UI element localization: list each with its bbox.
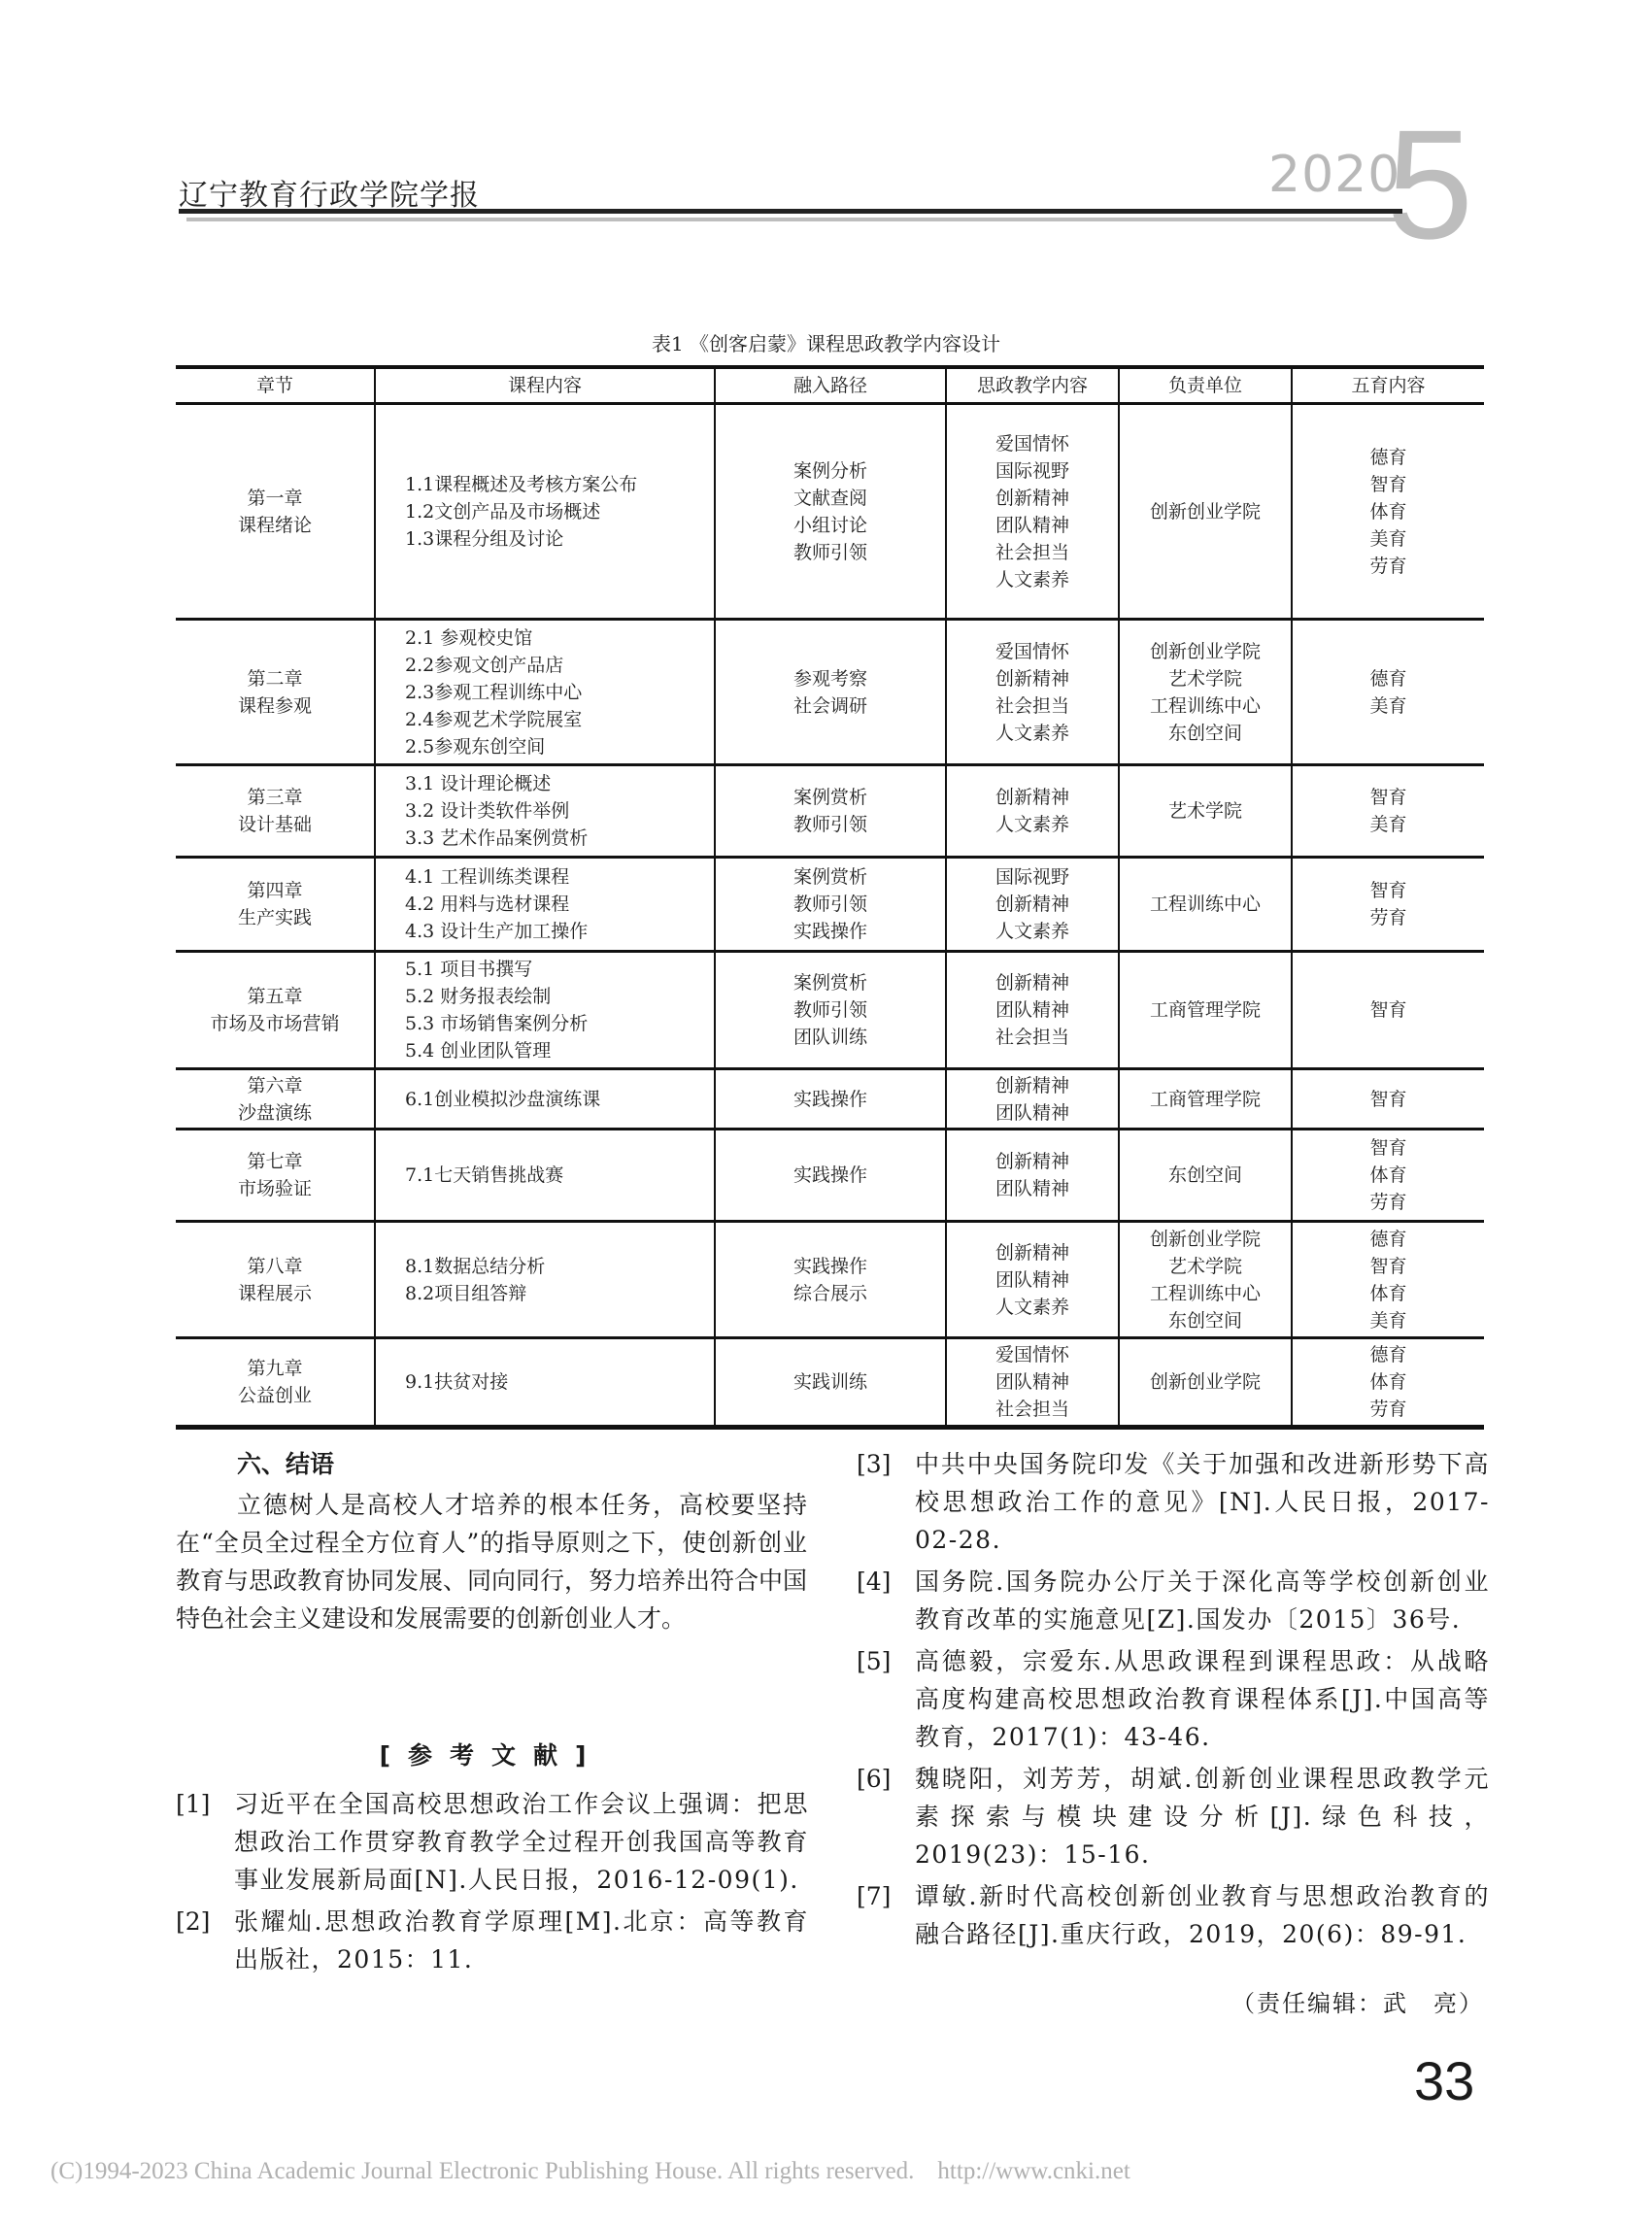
cell-line: 实践训练 <box>716 1368 945 1396</box>
cell-line: 东创空间 <box>1120 720 1291 747</box>
cell-line: 爱国情怀 <box>947 430 1118 457</box>
cell-line: 1.1课程概述及考核方案公布 <box>376 471 714 498</box>
cell-line: 创新精神 <box>947 1239 1118 1266</box>
five-education-cell: 智育 <box>1292 952 1484 1069</box>
copyright-footer: (C)1994-2023 China Academic Journal Elec… <box>51 2158 1130 2185</box>
cell-line: 创新创业学院 <box>1120 1368 1291 1396</box>
cell-line: 劳育 <box>1293 1189 1484 1216</box>
cell-line: 体育 <box>1293 1280 1484 1307</box>
responsible-unit-cell: 工商管理学院 <box>1119 1069 1292 1130</box>
cell-line: 美育 <box>1293 811 1484 838</box>
integration-path-cell: 实践操作综合展示 <box>715 1222 946 1338</box>
integration-path-cell: 案例赏析教师引领团队训练 <box>715 952 946 1069</box>
cell-line: 美育 <box>1293 1307 1484 1334</box>
chapter-cell: 第九章公益创业 <box>176 1338 375 1428</box>
responsible-unit-cell: 工程训练中心 <box>1119 858 1292 952</box>
integration-path-cell: 案例分析文献查阅小组讨论教师引领 <box>715 404 946 620</box>
chapter-cell: 第八章课程展示 <box>176 1222 375 1338</box>
cell-line: 2.4参观艺术学院展室 <box>376 706 714 733</box>
cell-line: 人文素养 <box>947 1294 1118 1321</box>
cell-line: 2.1 参观校史馆 <box>376 624 714 652</box>
cell-line: 创新精神 <box>947 665 1118 692</box>
responsible-unit-cell: 创新创业学院艺术学院工程训练中心东创空间 <box>1119 1222 1292 1338</box>
reference-text: 中共中央国务院印发《关于加强和改进新形势下高校思想政治工作的意见》[N].人民日… <box>915 1450 1490 1554</box>
integration-path-cell: 参观考察社会调研 <box>715 620 946 765</box>
cell-line: 5.3 市场销售案例分析 <box>376 1010 714 1037</box>
cell-line: 第二章 <box>176 665 374 692</box>
five-education-cell: 智育美育 <box>1292 765 1484 858</box>
five-education-cell: 智育体育劳育 <box>1292 1130 1484 1222</box>
cell-line: 3.1 设计理论概述 <box>376 770 714 797</box>
cell-line: 智育 <box>1293 877 1484 904</box>
cell-line: 5.2 财务报表绘制 <box>376 983 714 1010</box>
header-rule-gray <box>186 218 1402 221</box>
cell-line: 社会担当 <box>947 539 1118 566</box>
cell-line: 实践操作 <box>716 1086 945 1113</box>
table-row: 第八章课程展示8.1数据总结分析8.2项目组答辩实践操作综合展示创新精神团队精神… <box>176 1222 1484 1338</box>
table-row: 第七章市场验证7.1七天销售挑战赛实践操作创新精神团队精神东创空间智育体育劳育 <box>176 1130 1484 1222</box>
cell-line: 智育 <box>1293 471 1484 498</box>
five-education-cell: 智育劳育 <box>1292 858 1484 952</box>
reference-item: [3] 中共中央国务院印发《关于加强和改进新形势下高校思想政治工作的意见》[N]… <box>857 1445 1490 1559</box>
cell-line: 创新精神 <box>947 969 1118 996</box>
reference-text: 高德毅，宗爱东.从思政课程到课程思政：从战略高度构建高校思想政治教育课程体系[J… <box>915 1647 1490 1751</box>
cell-line: 德育 <box>1293 444 1484 471</box>
cell-line: 国际视野 <box>947 863 1118 891</box>
ideology-content-cell: 爱国情怀团队精神社会担当 <box>946 1338 1119 1428</box>
five-education-cell: 德育智育体育美育 <box>1292 1222 1484 1338</box>
ideology-content-cell: 爱国情怀国际视野创新精神团队精神社会担当人文素养 <box>946 404 1119 620</box>
table-row: 第四章生产实践4.1 工程训练类课程4.2 用料与选材课程4.3 设计生产加工操… <box>176 858 1484 952</box>
reference-number: [1] <box>176 1785 210 1823</box>
table-row: 第一章课程绪论1.1课程概述及考核方案公布1.2文创产品及市场概述1.3课程分组… <box>176 404 1484 620</box>
integration-path-cell: 实践训练 <box>715 1338 946 1428</box>
cell-line: 第四章 <box>176 877 374 904</box>
cell-line: 7.1七天销售挑战赛 <box>376 1162 714 1189</box>
reference-number: [6] <box>857 1760 891 1798</box>
chapter-cell: 第五章市场及市场营销 <box>176 952 375 1069</box>
cell-line: 团队精神 <box>947 1368 1118 1396</box>
cell-line: 智育 <box>1293 996 1484 1024</box>
cell-line: 5.1 项目书撰写 <box>376 956 714 983</box>
cell-line: 智育 <box>1293 1086 1484 1113</box>
reference-text: 国务院.国务院办公厅关于深化高等学校创新创业教育改革的实施意见[Z].国发办〔2… <box>915 1568 1490 1634</box>
cell-line: 社会担当 <box>947 1024 1118 1051</box>
cell-line: 第九章 <box>176 1355 374 1382</box>
cell-line: 教师引领 <box>716 891 945 918</box>
reference-number: [3] <box>857 1445 891 1483</box>
section-heading: 六、结语 <box>237 1445 334 1483</box>
cell-line: 工程训练中心 <box>1120 692 1291 720</box>
cell-line: 8.2项目组答辩 <box>376 1280 714 1307</box>
cell-line: 教师引领 <box>716 811 945 838</box>
reference-item: [5] 高德毅，宗爱东.从思政课程到课程思政：从战略高度构建高校思想政治教育课程… <box>857 1642 1490 1756</box>
five-education-cell: 德育美育 <box>1292 620 1484 765</box>
cell-line: 公益创业 <box>176 1382 374 1409</box>
course-content-cell: 5.1 项目书撰写5.2 财务报表绘制5.3 市场销售案例分析5.4 创业团队管… <box>375 952 715 1069</box>
cell-line: 美育 <box>1293 525 1484 553</box>
cell-line: 德育 <box>1293 1226 1484 1253</box>
cell-line: 2.2参观文创产品店 <box>376 652 714 679</box>
cell-line: 第七章 <box>176 1148 374 1175</box>
cell-line: 文献查阅 <box>716 485 945 512</box>
cell-line: 第八章 <box>176 1253 374 1280</box>
cell-line: 人文素养 <box>947 811 1118 838</box>
responsible-editor: （责任编辑：武 亮） <box>1231 1984 1484 2018</box>
cell-line: 体育 <box>1293 1162 1484 1189</box>
cell-line: 4.1 工程训练类课程 <box>376 863 714 891</box>
cell-line: 3.3 艺术作品案例赏析 <box>376 825 714 852</box>
cell-line: 5.4 创业团队管理 <box>376 1037 714 1064</box>
cell-line: 实践操作 <box>716 918 945 945</box>
cell-line: 美育 <box>1293 692 1484 720</box>
cell-line: 第六章 <box>176 1072 374 1099</box>
course-content-cell: 7.1七天销售挑战赛 <box>375 1130 715 1222</box>
column-header: 章节 <box>176 367 375 404</box>
cell-line: 劳育 <box>1293 553 1484 580</box>
cell-line: 沙盘演练 <box>176 1099 374 1127</box>
five-education-cell: 德育体育劳育 <box>1292 1338 1484 1428</box>
column-header: 课程内容 <box>375 367 715 404</box>
conclusion-paragraph: 立德树人是高校人才培养的根本任务，高校要坚持在“全员全过程全方位育人”的指导原则… <box>176 1486 807 1637</box>
cell-line: 工程训练中心 <box>1120 891 1291 918</box>
course-content-cell: 6.1创业模拟沙盘演练课 <box>375 1069 715 1130</box>
table-row: 第六章沙盘演练6.1创业模拟沙盘演练课实践操作创新精神团队精神工商管理学院智育 <box>176 1069 1484 1130</box>
ideology-content-cell: 创新精神团队精神人文素养 <box>946 1222 1119 1338</box>
ideology-content-cell: 创新精神团队精神社会担当 <box>946 952 1119 1069</box>
cell-line: 9.1扶贫对接 <box>376 1368 714 1396</box>
cell-line: 课程展示 <box>176 1280 374 1307</box>
cell-line: 案例赏析 <box>716 969 945 996</box>
cell-line: 团队训练 <box>716 1024 945 1051</box>
cnki-link[interactable]: http://www.cnki.net <box>937 2158 1129 2184</box>
cell-line: 智育 <box>1293 1134 1484 1162</box>
course-content-cell: 2.1 参观校史馆2.2参观文创产品店2.3参观工程训练中心2.4参观艺术学院展… <box>375 620 715 765</box>
cell-line: 课程参观 <box>176 692 374 720</box>
course-content-cell: 9.1扶贫对接 <box>375 1338 715 1428</box>
cell-line: 体育 <box>1293 498 1484 525</box>
chapter-cell: 第一章课程绪论 <box>176 404 375 620</box>
course-content-cell: 3.1 设计理论概述3.2 设计类软件举例3.3 艺术作品案例赏析 <box>375 765 715 858</box>
table-row: 第三章设计基础3.1 设计理论概述3.2 设计类软件举例3.3 艺术作品案例赏析… <box>176 765 1484 858</box>
ideology-content-cell: 国际视野创新精神人文素养 <box>946 858 1119 952</box>
cell-line: 案例分析 <box>716 457 945 485</box>
cell-line: 案例赏析 <box>716 863 945 891</box>
integration-path-cell: 实践操作 <box>715 1069 946 1130</box>
cell-line: 社会调研 <box>716 692 945 720</box>
integration-path-cell: 案例赏析教师引领实践操作 <box>715 858 946 952</box>
table-row: 第二章课程参观2.1 参观校史馆2.2参观文创产品店2.3参观工程训练中心2.4… <box>176 620 1484 765</box>
cell-line: 创新精神 <box>947 784 1118 811</box>
reference-text: 谭敏.新时代高校创新创业教育与思想政治教育的融合路径[J].重庆行政，2019，… <box>915 1882 1490 1948</box>
responsible-unit-cell: 工商管理学院 <box>1119 952 1292 1069</box>
cell-line: 体育 <box>1293 1368 1484 1396</box>
cell-line: 第三章 <box>176 784 374 811</box>
cell-line: 生产实践 <box>176 904 374 931</box>
five-education-cell: 智育 <box>1292 1069 1484 1130</box>
cell-line: 课程绪论 <box>176 512 374 539</box>
integration-path-cell: 实践操作 <box>715 1130 946 1222</box>
references-heading: [参考文献] <box>176 1737 807 1771</box>
cell-line: 东创空间 <box>1120 1307 1291 1334</box>
cell-line: 第五章 <box>176 983 374 1010</box>
reference-list-right: [3] 中共中央国务院印发《关于加强和改进新形势下高校思想政治工作的意见》[N]… <box>857 1445 1490 1957</box>
cell-line: 人文素养 <box>947 918 1118 945</box>
copyright-text: (C)1994-2023 China Academic Journal Elec… <box>51 2158 914 2184</box>
issue-year: 2020 <box>1268 146 1400 204</box>
cell-line: 艺术学院 <box>1120 665 1291 692</box>
cell-line: 实践操作 <box>716 1253 945 1280</box>
reference-number: [7] <box>857 1877 891 1915</box>
cell-line: 艺术学院 <box>1120 797 1291 825</box>
reference-text: 张耀灿.思想政治教育学原理[M].北京：高等教育出版社，2015：11. <box>234 1907 809 1973</box>
cell-line: 创新精神 <box>947 1072 1118 1099</box>
table-row: 第九章公益创业9.1扶贫对接实践训练爱国情怀团队精神社会担当创新创业学院德育体育… <box>176 1338 1484 1428</box>
integration-path-cell: 案例赏析教师引领 <box>715 765 946 858</box>
cell-line: 4.2 用料与选材课程 <box>376 891 714 918</box>
responsible-unit-cell: 创新创业学院 <box>1119 404 1292 620</box>
cell-line: 创新创业学院 <box>1120 498 1291 525</box>
cell-line: 市场及市场营销 <box>176 1010 374 1037</box>
ideology-content-cell: 创新精神团队精神 <box>946 1069 1119 1130</box>
reference-item: [4] 国务院.国务院办公厅关于深化高等学校创新创业教育改革的实施意见[Z].国… <box>857 1563 1490 1638</box>
chapter-cell: 第三章设计基础 <box>176 765 375 858</box>
cell-line: 东创空间 <box>1120 1162 1291 1189</box>
cell-line: 设计基础 <box>176 811 374 838</box>
cell-line: 市场验证 <box>176 1175 374 1202</box>
cell-line: 社会担当 <box>947 1396 1118 1423</box>
header-rule-dark <box>179 209 1402 214</box>
reference-item: [6] 魏晓阳，刘芳芳，胡斌.创新创业课程思政教学元素探索与模块建设分析[J].… <box>857 1760 1490 1873</box>
chapter-cell: 第四章生产实践 <box>176 858 375 952</box>
responsible-unit-cell: 东创空间 <box>1119 1130 1292 1222</box>
cell-line: 2.5参观东创空间 <box>376 733 714 760</box>
column-header: 五育内容 <box>1292 367 1484 404</box>
cell-line: 工商管理学院 <box>1120 996 1291 1024</box>
cell-line: 工商管理学院 <box>1120 1086 1291 1113</box>
ideology-content-cell: 创新精神人文素养 <box>946 765 1119 858</box>
cell-line: 爱国情怀 <box>947 638 1118 665</box>
table-caption: 表1 《创客启蒙》课程思政教学内容设计 <box>0 328 1652 356</box>
cell-line: 团队精神 <box>947 1266 1118 1294</box>
column-header: 融入路径 <box>715 367 946 404</box>
cell-line: 案例赏析 <box>716 784 945 811</box>
cell-line: 8.1数据总结分析 <box>376 1253 714 1280</box>
cell-line: 创新创业学院 <box>1120 638 1291 665</box>
reference-text: 魏晓阳，刘芳芳，胡斌.创新创业课程思政教学元素探索与模块建设分析[J].绿色科技… <box>915 1765 1490 1869</box>
cell-line: 创新精神 <box>947 485 1118 512</box>
journal-title: 辽宁教育行政学院学报 <box>179 171 480 214</box>
cell-line: 智育 <box>1293 1253 1484 1280</box>
column-header: 负责单位 <box>1119 367 1292 404</box>
cell-line: 爱国情怀 <box>947 1341 1118 1368</box>
responsible-unit-cell: 创新创业学院 <box>1119 1338 1292 1428</box>
cell-line: 参观考察 <box>716 665 945 692</box>
cell-line: 创新精神 <box>947 891 1118 918</box>
cell-line: 智育 <box>1293 784 1484 811</box>
cell-line: 第一章 <box>176 485 374 512</box>
cell-line: 1.3课程分组及讨论 <box>376 525 714 553</box>
reference-text: 习近平在全国高校思想政治工作会议上强调：把思想政治工作贯穿教育教学全过程开创我国… <box>234 1790 809 1894</box>
chapter-cell: 第二章课程参观 <box>176 620 375 765</box>
cell-line: 人文素养 <box>947 566 1118 593</box>
cell-line: 团队精神 <box>947 512 1118 539</box>
cell-line: 德育 <box>1293 1341 1484 1368</box>
course-ideology-table: 章节 课程内容 融入路径 思政教学内容 负责单位 五育内容 第一章课程绪论1.1… <box>176 365 1484 1430</box>
cell-line: 3.2 设计类软件举例 <box>376 797 714 825</box>
five-education-cell: 德育智育体育美育劳育 <box>1292 404 1484 620</box>
page-number: 33 <box>1414 2049 1474 2112</box>
cell-line: 劳育 <box>1293 1396 1484 1423</box>
cell-line: 综合展示 <box>716 1280 945 1307</box>
table-header-row: 章节 课程内容 融入路径 思政教学内容 负责单位 五育内容 <box>176 367 1484 404</box>
chapter-cell: 第六章沙盘演练 <box>176 1069 375 1130</box>
cell-line: 小组讨论 <box>716 512 945 539</box>
responsible-unit-cell: 艺术学院 <box>1119 765 1292 858</box>
cell-line: 国际视野 <box>947 457 1118 485</box>
reference-item: [2] 张耀灿.思想政治教育学原理[M].北京：高等教育出版社，2015：11. <box>176 1903 809 1978</box>
cell-line: 实践操作 <box>716 1162 945 1189</box>
course-content-cell: 1.1课程概述及考核方案公布1.2文创产品及市场概述1.3课程分组及讨论 <box>375 404 715 620</box>
cell-line: 4.3 设计生产加工操作 <box>376 918 714 945</box>
ideology-content-cell: 爱国情怀创新精神社会担当人文素养 <box>946 620 1119 765</box>
cell-line: 教师引领 <box>716 996 945 1024</box>
table-row: 第五章市场及市场营销5.1 项目书撰写5.2 财务报表绘制5.3 市场销售案例分… <box>176 952 1484 1069</box>
cell-line: 劳育 <box>1293 904 1484 931</box>
cell-line: 创新创业学院 <box>1120 1226 1291 1253</box>
responsible-unit-cell: 创新创业学院艺术学院工程训练中心东创空间 <box>1119 620 1292 765</box>
reference-number: [4] <box>857 1563 891 1601</box>
cell-line: 德育 <box>1293 665 1484 692</box>
issue-number: 5 <box>1387 107 1473 262</box>
reference-number: [5] <box>857 1642 891 1680</box>
cell-line: 团队精神 <box>947 1175 1118 1202</box>
cell-line: 团队精神 <box>947 1099 1118 1127</box>
cell-line: 6.1创业模拟沙盘演练课 <box>376 1086 714 1113</box>
course-content-cell: 4.1 工程训练类课程4.2 用料与选材课程4.3 设计生产加工操作 <box>375 858 715 952</box>
cell-line: 教师引领 <box>716 539 945 566</box>
cell-line: 艺术学院 <box>1120 1253 1291 1280</box>
reference-item: [1] 习近平在全国高校思想政治工作会议上强调：把思想政治工作贯穿教育教学全过程… <box>176 1785 809 1899</box>
cell-line: 1.2文创产品及市场概述 <box>376 498 714 525</box>
cell-line: 创新精神 <box>947 1148 1118 1175</box>
cell-line: 2.3参观工程训练中心 <box>376 679 714 706</box>
cell-line: 人文素养 <box>947 720 1118 747</box>
cell-line: 工程训练中心 <box>1120 1280 1291 1307</box>
ideology-content-cell: 创新精神团队精神 <box>946 1130 1119 1222</box>
reference-list-left: [1] 习近平在全国高校思想政治工作会议上强调：把思想政治工作贯穿教育教学全过程… <box>176 1785 809 1982</box>
cell-line: 团队精神 <box>947 996 1118 1024</box>
cell-line: 社会担当 <box>947 692 1118 720</box>
chapter-cell: 第七章市场验证 <box>176 1130 375 1222</box>
reference-item: [7] 谭敏.新时代高校创新创业教育与思想政治教育的融合路径[J].重庆行政，2… <box>857 1877 1490 1953</box>
course-content-cell: 8.1数据总结分析8.2项目组答辩 <box>375 1222 715 1338</box>
reference-number: [2] <box>176 1903 210 1940</box>
column-header: 思政教学内容 <box>946 367 1119 404</box>
